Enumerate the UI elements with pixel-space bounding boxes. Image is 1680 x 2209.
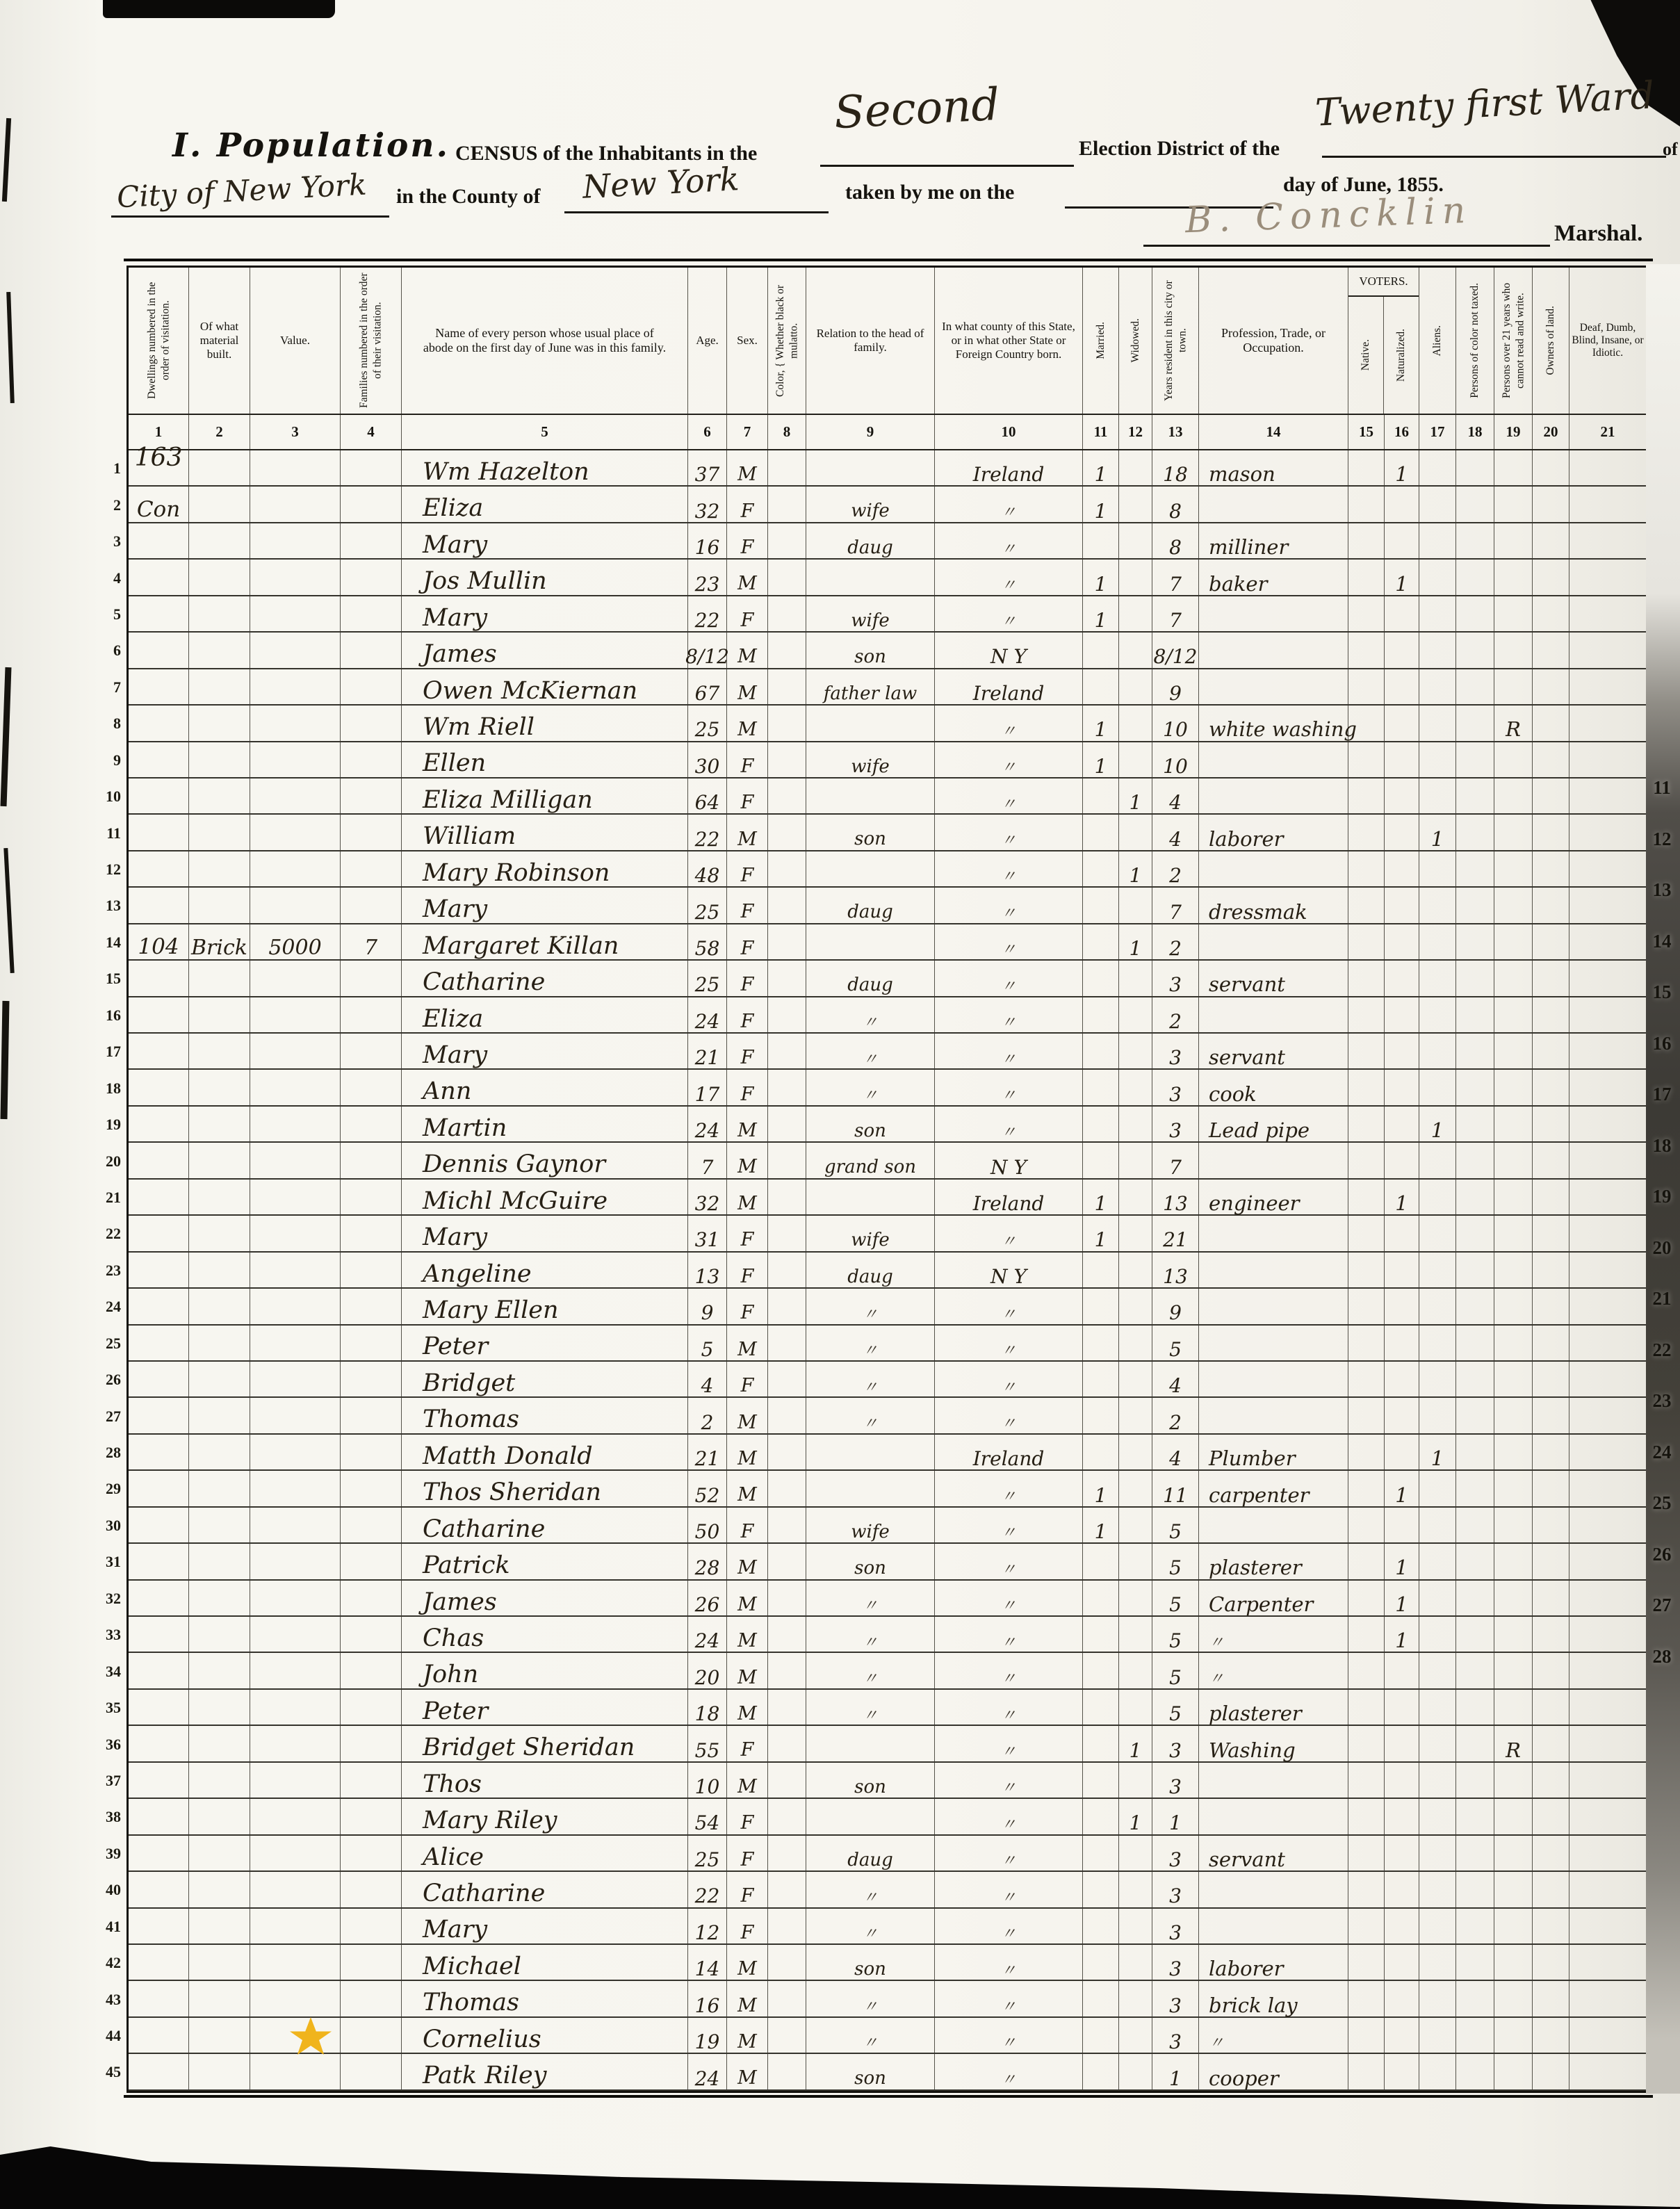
column-number: 10 [935, 415, 1083, 449]
margin-row-number: 14 [67, 924, 124, 961]
cell-name: Jos Mullin [402, 560, 688, 594]
cell-rel: son [806, 2054, 935, 2089]
cell-wid [1119, 1945, 1152, 1980]
cell-natz [1385, 961, 1419, 995]
cell-pc [1456, 450, 1494, 485]
cell-color [768, 1070, 806, 1104]
cell-alien [1419, 1362, 1456, 1396]
cell-natz [1385, 1763, 1419, 1798]
cell-born: 〃 [935, 924, 1083, 959]
cell-yrs: 1 [1152, 2054, 1199, 2089]
cell-born: 〃 [935, 706, 1083, 740]
cell-dw [129, 1180, 189, 1214]
cell-rel: 〃 [806, 1909, 935, 1943]
cell-prof [1199, 851, 1348, 886]
cell-rel: daug [806, 523, 935, 558]
cell-dw [129, 1362, 189, 1396]
header-material: Of what material built. [189, 268, 250, 414]
cell-native [1348, 1107, 1385, 1141]
cell-natz [1385, 742, 1419, 777]
cell-native [1348, 596, 1385, 631]
cell-alien [1419, 1690, 1456, 1725]
cell-own [1533, 2018, 1569, 2053]
cell-deaf [1569, 1945, 1646, 1980]
cell-pc [1456, 1180, 1494, 1214]
cell-color [768, 961, 806, 995]
cell-alien [1419, 1326, 1456, 1360]
cell-color [768, 1398, 806, 1433]
cell-color [768, 742, 806, 777]
cell-natz [1385, 1289, 1419, 1323]
cell-deaf [1569, 669, 1646, 704]
margin-row-number: 15 [67, 961, 124, 997]
cell-own [1533, 706, 1569, 740]
cell-dw [129, 2054, 189, 2089]
cell-alien [1419, 669, 1456, 704]
cell-rel: 〃 [806, 1653, 935, 1688]
cell-name: James [402, 633, 688, 667]
cell-yrs: 3 [1152, 1836, 1199, 1870]
cell-dw [129, 1909, 189, 1943]
cell-name: Eliza [402, 487, 688, 521]
cell-read [1494, 1872, 1533, 1907]
cell-rel: 〃 [806, 1289, 935, 1323]
margin-row-number: 25 [67, 1326, 124, 1362]
cell-fam [341, 1690, 402, 1725]
cell-alien [1419, 706, 1456, 740]
cell-age: 13 [688, 1253, 727, 1287]
header-birthplace: In what county of this State, or in what… [935, 268, 1083, 414]
cell-read [1494, 1180, 1533, 1214]
cell-wid [1119, 1180, 1152, 1214]
cell-mar: 1 [1083, 596, 1119, 631]
cell-alien: 1 [1419, 815, 1456, 849]
column-number: 8 [768, 415, 806, 449]
cell-yrs: 7 [1152, 1143, 1199, 1177]
cell-own [1533, 1617, 1569, 1652]
cell-read [1494, 2018, 1533, 2053]
cell-deaf [1569, 1617, 1646, 1652]
cell-wid [1119, 961, 1152, 995]
table-row: Catharine50Fwife〃15 [129, 1508, 1646, 1544]
cell-rel [806, 851, 935, 886]
cell-born: 〃 [935, 560, 1083, 594]
cell-fam [341, 779, 402, 813]
margin-row-number: 41 [67, 1909, 124, 1945]
cell-name: Bridget [402, 1362, 688, 1396]
cell-mat [189, 2054, 250, 2089]
cell-wid [1119, 1216, 1152, 1250]
cell-natz [1385, 1107, 1419, 1141]
adjacent-page-row-number: 21 [1646, 1288, 1678, 1310]
cell-dw [129, 779, 189, 813]
cell-native [1348, 1945, 1385, 1980]
table-row: William22Mson〃4laborer1 [129, 815, 1646, 851]
cell-alien [1419, 1581, 1456, 1615]
cell-yrs: 2 [1152, 1398, 1199, 1433]
cell-sex: F [727, 1289, 768, 1323]
cell-pc [1456, 487, 1494, 521]
cell-wid [1119, 1326, 1152, 1360]
cell-born: 〃 [935, 2018, 1083, 2053]
cell-prof: laborer [1199, 815, 1348, 849]
margin-row-number: 3 [67, 523, 124, 560]
cell-mar: 1 [1083, 706, 1119, 740]
cell-deaf [1569, 2054, 1646, 2089]
table-row: Jos Mullin23M〃17baker1 [129, 560, 1646, 596]
cell-native [1348, 851, 1385, 886]
cell-mar [1083, 1362, 1119, 1396]
header-relation: Relation to the head of family. [806, 268, 935, 414]
cell-dw [129, 1289, 189, 1323]
cell-sex: M [727, 1981, 768, 2016]
cell-pc [1456, 1435, 1494, 1469]
table-row: 104Brick50007Margaret Killan58F〃12 [129, 924, 1646, 961]
ward-underline [1322, 156, 1666, 158]
cell-sex: M [727, 1398, 768, 1433]
cell-prof: 〃 [1199, 1617, 1348, 1652]
cell-mat [189, 1471, 250, 1506]
cell-fam [341, 1107, 402, 1141]
cell-prof [1199, 1872, 1348, 1907]
cell-sex: M [727, 450, 768, 485]
cell-color [768, 1617, 806, 1652]
cell-pc [1456, 1034, 1494, 1068]
cell-age: 25 [688, 706, 727, 740]
cell-name: John [402, 1653, 688, 1688]
ward-handwritten: Twenty first Ward [1314, 73, 1656, 134]
cell-natz [1385, 1690, 1419, 1725]
cell-dw [129, 1799, 189, 1834]
cell-natz [1385, 487, 1419, 521]
cell-rel [806, 450, 935, 485]
cell-own [1533, 1362, 1569, 1396]
cell-read [1494, 924, 1533, 959]
cell-sex: M [727, 560, 768, 594]
cell-val [250, 1726, 341, 1761]
cell-name: Mary [402, 523, 688, 558]
cell-native [1348, 1981, 1385, 2016]
cell-wid [1119, 1909, 1152, 1943]
cell-deaf [1569, 1107, 1646, 1141]
cell-mat [189, 1326, 250, 1360]
cell-deaf [1569, 487, 1646, 521]
adjacent-page-row-number: 14 [1646, 931, 1678, 952]
cell-mar [1083, 1326, 1119, 1360]
cell-native [1348, 706, 1385, 740]
cell-age: 5 [688, 1326, 727, 1360]
cell-prof: baker [1199, 560, 1348, 594]
cell-dw [129, 1544, 189, 1579]
cell-color [768, 1836, 806, 1870]
cell-natz: 1 [1385, 1471, 1419, 1506]
cell-val [250, 1180, 341, 1214]
cell-born: 〃 [935, 1326, 1083, 1360]
city-underline [111, 215, 389, 218]
cell-deaf [1569, 1981, 1646, 2016]
cell-read: R [1494, 706, 1533, 740]
cell-rel: wife [806, 1216, 935, 1250]
cell-color [768, 779, 806, 813]
cell-born: 〃 [935, 596, 1083, 631]
cell-dw [129, 1617, 189, 1652]
cell-prof: dressmak [1199, 888, 1348, 922]
cell-mar [1083, 633, 1119, 667]
cell-born: 〃 [935, 742, 1083, 777]
cell-born: 〃 [935, 1471, 1083, 1506]
cell-natz [1385, 1872, 1419, 1907]
cell-native [1348, 1143, 1385, 1177]
cell-yrs: 9 [1152, 669, 1199, 704]
cell-own [1533, 450, 1569, 485]
cell-rel: 〃 [806, 1690, 935, 1725]
cell-mar [1083, 1617, 1119, 1652]
cell-natz: 1 [1385, 560, 1419, 594]
cell-own [1533, 1581, 1569, 1615]
cell-name: Patk Riley [402, 2054, 688, 2089]
cell-pc [1456, 1362, 1494, 1396]
cell-prof: servant [1199, 961, 1348, 995]
cell-val [250, 450, 341, 485]
cell-rel: 〃 [806, 1070, 935, 1104]
cell-age: 4 [688, 1362, 727, 1396]
margin-row-number: 17 [67, 1034, 124, 1070]
cell-mar [1083, 2054, 1119, 2089]
cell-rel: wife [806, 487, 935, 521]
cell-prof: servant [1199, 1836, 1348, 1870]
cell-natz: 1 [1385, 450, 1419, 485]
cell-mat [189, 1799, 250, 1834]
cell-mat [189, 961, 250, 995]
cell-val [250, 1508, 341, 1542]
cell-mar [1083, 888, 1119, 922]
cell-wid [1119, 1836, 1152, 1870]
cell-born: 〃 [935, 1836, 1083, 1870]
cell-prof [1199, 924, 1348, 959]
cell-yrs: 3 [1152, 1909, 1199, 1943]
cell-val [250, 1143, 341, 1177]
margin-row-number: 36 [67, 1726, 124, 1762]
cell-name: Mary Riley [402, 1799, 688, 1834]
cell-sex: M [727, 1653, 768, 1688]
cell-mat: Brick [189, 924, 250, 959]
cell-own [1533, 1799, 1569, 1834]
column-number: 21 [1569, 415, 1646, 449]
cell-mar [1083, 1690, 1119, 1725]
cell-own [1533, 1180, 1569, 1214]
cell-mar [1083, 1945, 1119, 1980]
header-sex: Sex. [727, 268, 768, 414]
cell-read [1494, 1253, 1533, 1287]
cell-dw [129, 1581, 189, 1615]
cell-yrs: 11 [1152, 1471, 1199, 1506]
cell-mar [1083, 1143, 1119, 1177]
cell-age: 24 [688, 2054, 727, 2089]
cell-born: 〃 [935, 523, 1083, 558]
cell-fam [341, 596, 402, 631]
cell-own [1533, 1909, 1569, 1943]
cell-wid [1119, 742, 1152, 777]
cell-fam [341, 1909, 402, 1943]
cell-deaf [1569, 779, 1646, 813]
cell-val: 5000 [250, 924, 341, 959]
cell-prof: mason [1199, 450, 1348, 485]
cell-wid: 1 [1119, 1799, 1152, 1834]
cell-prof [1199, 487, 1348, 521]
cell-mat [189, 1617, 250, 1652]
cell-age: 7 [688, 1143, 727, 1177]
cell-rel: 〃 [806, 1872, 935, 1907]
cell-val [250, 1289, 341, 1323]
cell-pc [1456, 1326, 1494, 1360]
cell-natz [1385, 1143, 1419, 1177]
cell-pc [1456, 1544, 1494, 1579]
cell-sex: F [727, 1872, 768, 1907]
cell-color [768, 1034, 806, 1068]
cell-natz: 1 [1385, 1180, 1419, 1214]
cell-val [250, 669, 341, 704]
margin-row-number: 42 [67, 1945, 124, 1981]
cell-prof: brick lay [1199, 1981, 1348, 2016]
cell-fam [341, 1034, 402, 1068]
cell-deaf [1569, 997, 1646, 1032]
cell-deaf [1569, 1143, 1646, 1177]
cell-pc [1456, 1107, 1494, 1141]
cell-color [768, 888, 806, 922]
cell-read [1494, 1909, 1533, 1943]
table-row: Eliza Milligan64F〃14 [129, 779, 1646, 815]
cell-own [1533, 1872, 1569, 1907]
cell-read [1494, 1216, 1533, 1250]
cell-rel [806, 1471, 935, 1506]
cell-prof [1199, 1362, 1348, 1396]
cell-age: 14 [688, 1945, 727, 1980]
cell-color [768, 1544, 806, 1579]
cell-alien [1419, 1070, 1456, 1104]
cell-yrs: 13 [1152, 1253, 1199, 1287]
cell-name: Bridget Sheridan [402, 1726, 688, 1761]
cell-age: 30 [688, 742, 727, 777]
cell-val [250, 1581, 341, 1615]
cell-deaf [1569, 1836, 1646, 1870]
census-table: Dwellings numbered in the order of visit… [127, 266, 1648, 2093]
adjacent-page-row-number: 19 [1646, 1186, 1678, 1207]
adjacent-page-row-number: 18 [1646, 1135, 1678, 1157]
cell-color [768, 1726, 806, 1761]
cell-color [768, 596, 806, 631]
cell-mat [189, 1143, 250, 1177]
margin-row-number: 2 [67, 487, 124, 523]
cell-deaf [1569, 2018, 1646, 2053]
cell-color [768, 1471, 806, 1506]
cell-pc [1456, 1653, 1494, 1688]
margin-row-number: 12 [67, 851, 124, 888]
cell-natz: 1 [1385, 1617, 1419, 1652]
cell-yrs: 4 [1152, 1362, 1199, 1396]
cell-natz [1385, 669, 1419, 704]
cell-prof [1199, 596, 1348, 631]
cell-wid [1119, 1508, 1152, 1542]
cell-rel: daug [806, 1836, 935, 1870]
cell-color [768, 2054, 806, 2089]
cell-dw [129, 1981, 189, 2016]
cell-dw [129, 523, 189, 558]
cell-val [250, 596, 341, 631]
cell-sex: F [727, 1726, 768, 1761]
cell-read [1494, 1981, 1533, 2016]
cell-age: 19 [688, 2018, 727, 2053]
cell-mar: 1 [1083, 1216, 1119, 1250]
column-number: 16 [1385, 415, 1419, 449]
cell-wid [1119, 888, 1152, 922]
cell-wid [1119, 1581, 1152, 1615]
column-number: 11 [1083, 415, 1119, 449]
cell-val [250, 851, 341, 886]
cell-mar: 1 [1083, 450, 1119, 485]
cell-fam [341, 450, 402, 485]
margin-row-number: 21 [67, 1180, 124, 1216]
cell-deaf [1569, 1070, 1646, 1104]
cell-sex: M [727, 1435, 768, 1469]
cell-mar [1083, 1107, 1119, 1141]
cell-alien [1419, 1617, 1456, 1652]
cell-own [1533, 779, 1569, 813]
cell-val [250, 997, 341, 1032]
cell-name: James [402, 1581, 688, 1615]
margin-row-number: 16 [67, 997, 124, 1034]
cell-dw [129, 888, 189, 922]
cell-sex: F [727, 1253, 768, 1287]
cell-prof [1199, 1909, 1348, 1943]
cell-wid: 1 [1119, 1726, 1152, 1761]
cell-born: 〃 [935, 1362, 1083, 1396]
scan-edge-mark [6, 292, 15, 403]
cell-age: 17 [688, 1070, 727, 1104]
cell-native [1348, 1872, 1385, 1907]
cell-color [768, 1326, 806, 1360]
cell-born: 〃 [935, 1690, 1083, 1725]
cell-born: Ireland [935, 669, 1083, 704]
cell-rel: son [806, 1763, 935, 1798]
margin-row-number: 43 [67, 1981, 124, 2017]
table-row: Matth Donald21MIreland4Plumber1 [129, 1435, 1646, 1471]
table-row: Owen McKiernan67Mfather lawIreland9 [129, 669, 1646, 706]
cell-age: 22 [688, 596, 727, 631]
cell-val [250, 706, 341, 740]
cell-fam [341, 2018, 402, 2053]
cell-fam [341, 1544, 402, 1579]
adjacent-page-row-number: 25 [1646, 1492, 1678, 1514]
cell-born: 〃 [935, 815, 1083, 849]
cell-name: Thos [402, 1763, 688, 1798]
cell-val [250, 1070, 341, 1104]
column-number: 7 [727, 415, 768, 449]
cell-prof: Washing [1199, 1726, 1348, 1761]
adjacent-page-row-number: 26 [1646, 1544, 1678, 1565]
cell-dw [129, 961, 189, 995]
cell-deaf [1569, 1362, 1646, 1396]
cell-mat [189, 1508, 250, 1542]
cell-pc [1456, 633, 1494, 667]
cell-yrs: 13 [1152, 1180, 1199, 1214]
cell-dw [129, 1216, 189, 1250]
cell-wid [1119, 1435, 1152, 1469]
cell-natz [1385, 2054, 1419, 2089]
cell-deaf [1569, 1726, 1646, 1761]
cell-native [1348, 1180, 1385, 1214]
table-top-rule [124, 259, 1653, 261]
table-row: Martin24Mson〃3Lead pipe1 [129, 1107, 1646, 1143]
